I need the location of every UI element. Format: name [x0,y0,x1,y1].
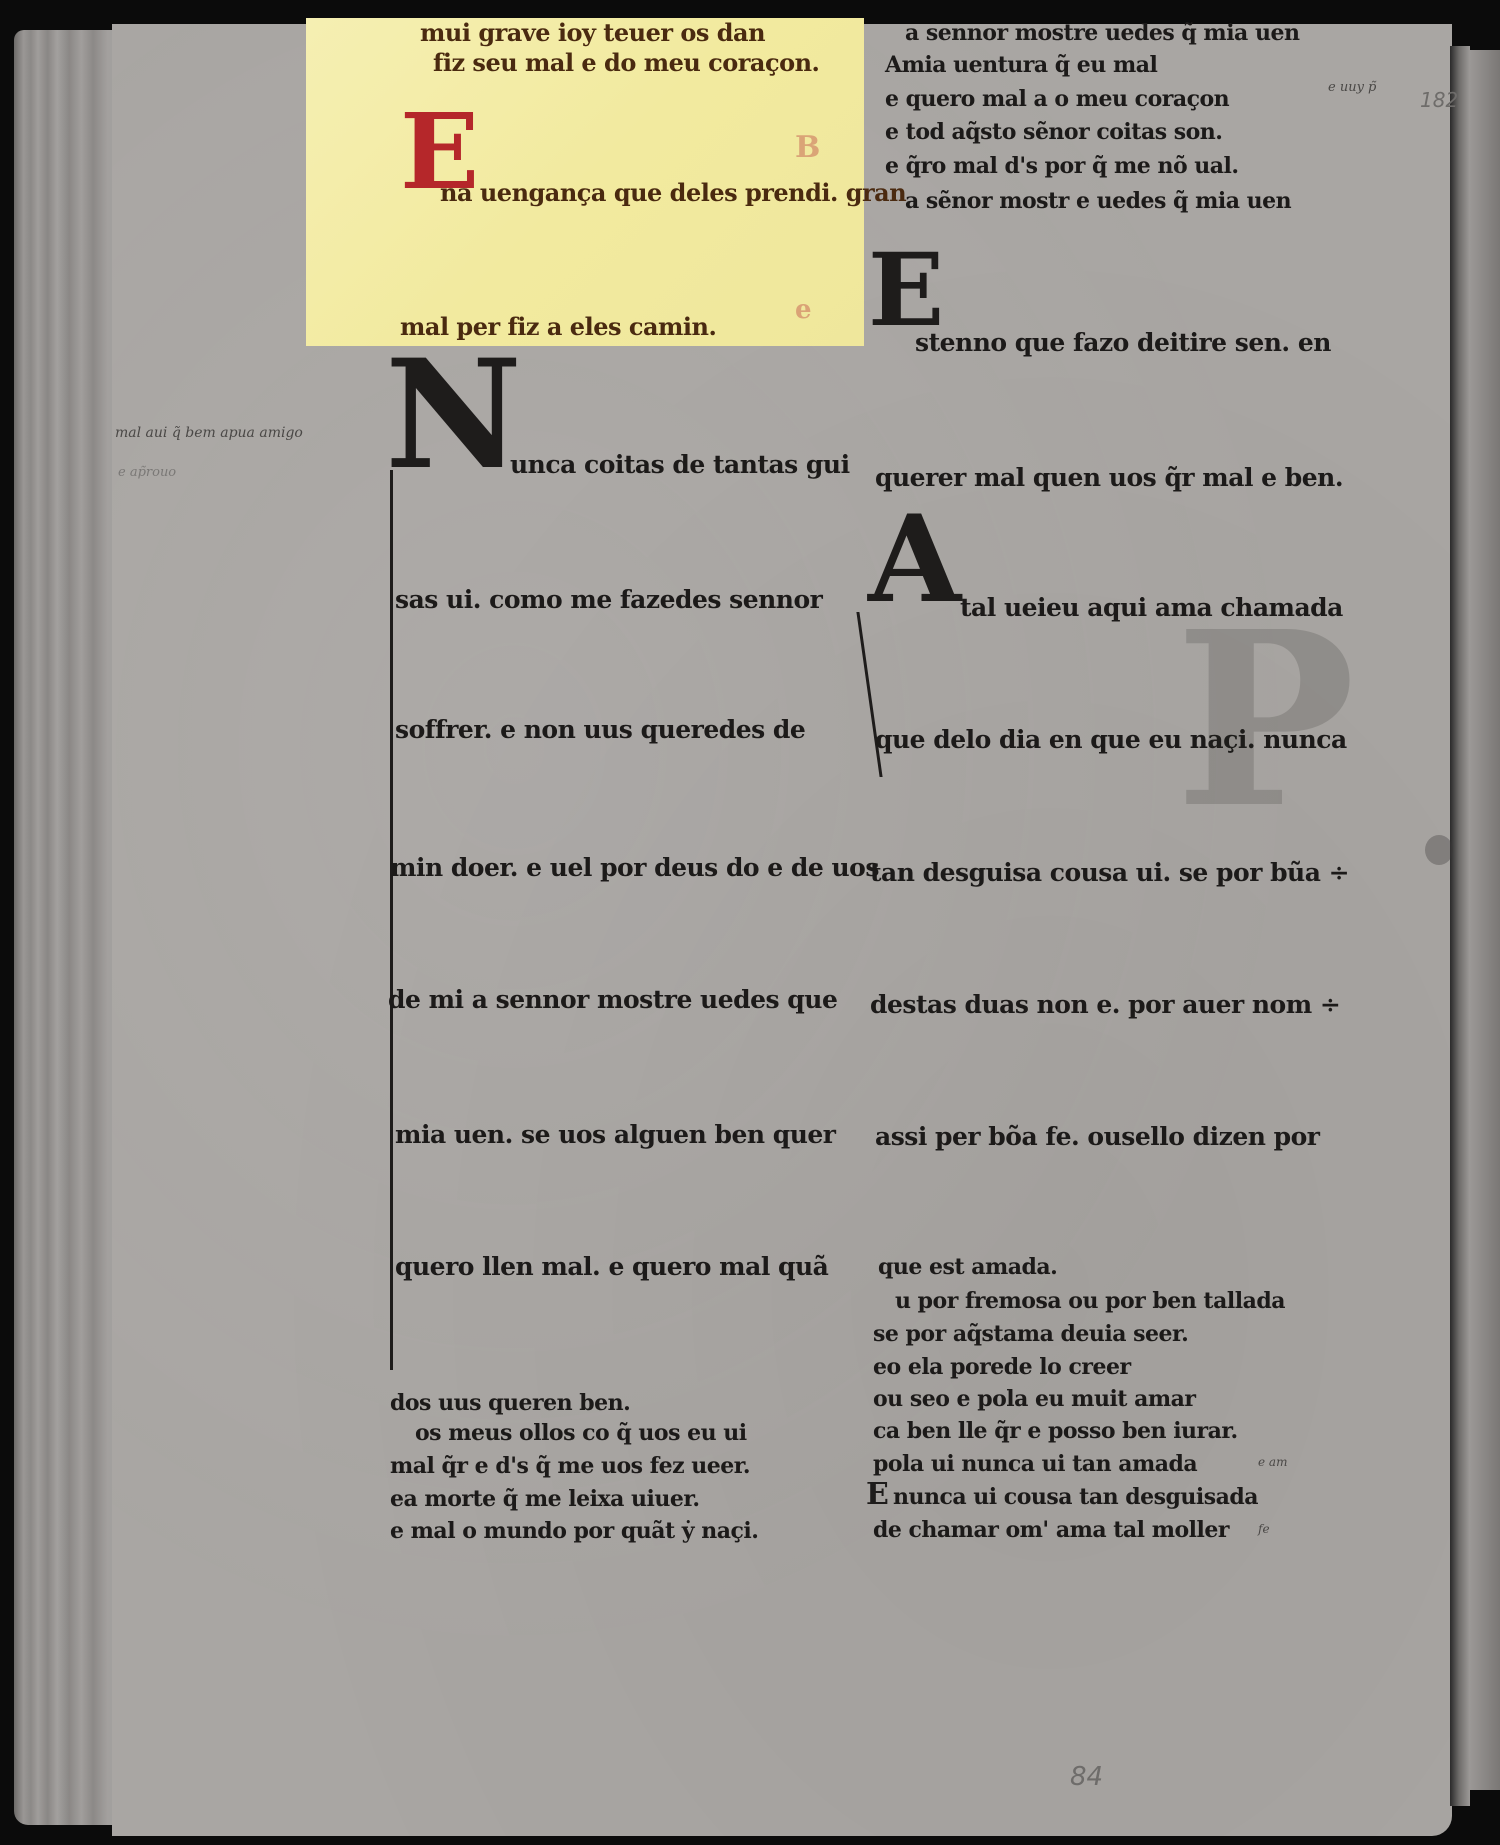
marginal-note-right-bottom: fe [1258,1522,1270,1536]
show-through-initial: P [1175,600,1355,840]
highlight-line-3: na uengança que deles prendi. gran [440,178,906,207]
black-initial-N: N [385,340,522,490]
black-initial-E: E [868,240,944,340]
left-line-12: e mal o mundo por quãt ẏ naçi. [390,1518,758,1544]
highlight-line-1: mui grave ioy teuer os dan [420,18,765,47]
left-line-7: quero llen mal. e quero mal quã [395,1252,828,1281]
initial-descender-stroke [390,470,393,1370]
left-line-1: unca coitas de tantas gui [510,450,850,479]
right-top-line-2: Amia uentura q̃ eu mal [885,52,1157,78]
marginal-note-left-2: e ap̃rouo [118,465,176,480]
marginal-note-left: mal aui q̃ bem apua amigo [115,425,303,441]
marginal-note-top-right: e uuy p̃ [1328,80,1376,95]
right-mid-line-2: querer mal quen uos q̃r mal e ben. [875,463,1343,492]
right-top-line-3: e quero mal a o meu coraçon [885,86,1229,112]
right-top-line-6: a sẽnor mostr e uedes q̃ mia uen [905,188,1291,214]
margin-rubric-mark: B [795,130,820,165]
right-top-line-1: a sennor mostre uedes q̃ mia uen [905,20,1299,46]
facing-page-edge [1470,50,1500,1790]
black-initial-A: A [868,500,961,620]
right-mid-line-1: stenno que fazo deitire sen. en [915,328,1331,357]
ink-spot [1425,835,1453,865]
left-line-8: dos uus queren ben. [390,1390,630,1416]
right-mid2-line-6: que est amada. [878,1254,1057,1280]
marginal-note-right: e am [1258,1455,1287,1469]
right-bottom-line-6: pola ui nunca ui tan amada [873,1451,1197,1477]
left-line-6: mia uen. se uos alguen ben quer [395,1120,835,1149]
right-top-line-4: e tod aq̃sto sẽnor coitas son. [885,119,1222,145]
right-bottom-line-8: de chamar om' ama tal moller [873,1517,1229,1543]
small-initial-E: E [866,1480,889,1510]
right-mid2-line-5: assi per bõa fe. ousello dizen por [875,1122,1319,1151]
right-mid2-line-3: tan desguisa cousa ui. se por bũa ÷ [870,858,1349,887]
folio-number-top: 182 [1420,88,1458,112]
left-line-10: mal q̃r e d's q̃ me uos fez ueer. [390,1453,750,1479]
right-top-line-5: e q̃ro mal d's por q̃ me nõ ual. [885,153,1239,179]
right-bottom-line-4: ou seo e pola eu muit amar [873,1386,1196,1412]
left-line-3: soffrer. e non uus queredes de [395,715,805,744]
right-bottom-line-3: eo ela porede lo creer [873,1354,1131,1380]
right-bottom-line-7: nunca ui cousa tan desguisada [893,1484,1258,1510]
left-line-5: de mi a sennor mostre uedes que [388,985,837,1014]
left-line-2: sas ui. como me fazedes sennor [395,585,822,614]
left-line-9: os meus ollos co q̃ uos eu ui [415,1420,747,1446]
book-gutter [1450,46,1470,1806]
highlight-line-2: fiz seu mal e do meu coraçon. [433,48,819,77]
margin-rubric-mark-2: e [795,295,812,325]
left-line-4: min doer. e uel por deus do e de uos [390,853,879,882]
folio-number-bottom: 84 [1070,1762,1103,1792]
left-line-11: ea morte q̃ me leixa uiuer. [390,1486,700,1512]
right-mid2-line-4: destas duas non e. por auer nom ÷ [870,990,1340,1019]
right-bottom-line-5: ca ben lle q̃r e posso ben iurar. [873,1418,1238,1444]
right-bottom-line-1: u por fremosa ou por ben tallada [895,1288,1285,1314]
right-bottom-line-2: se por aq̃stama deuia seer. [873,1321,1188,1347]
